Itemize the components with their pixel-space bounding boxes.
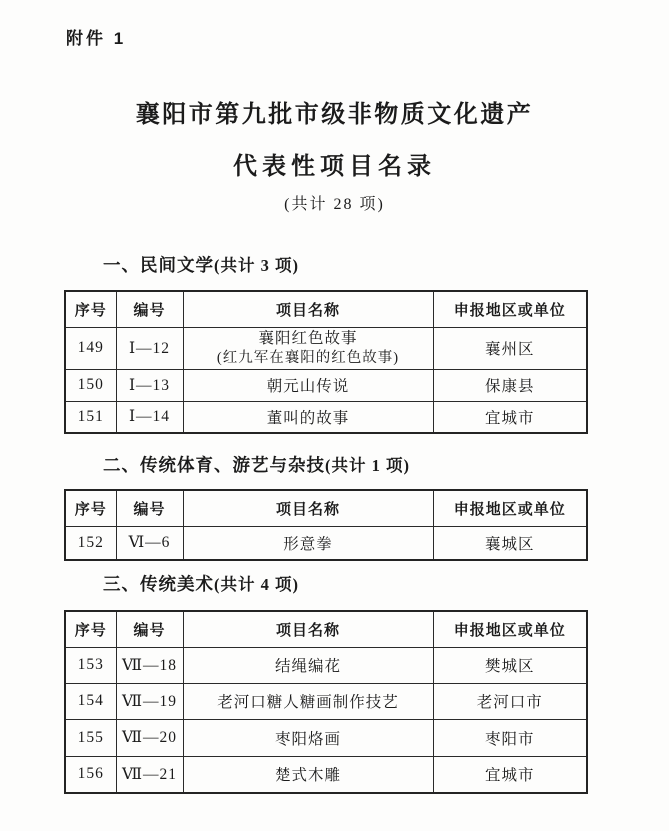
section-1-count: (共计 3 项)	[214, 256, 299, 275]
cell-name: 老河口糖人糖画制作技艺	[183, 683, 433, 719]
cell-unit: 枣阳市	[433, 719, 587, 756]
table-row: 152 Ⅵ—6 形意拳 襄城区	[65, 526, 587, 560]
section-1-title: 一、民间文学	[103, 255, 214, 275]
cell-seq: 154	[65, 683, 116, 719]
cell-seq: 150	[65, 369, 116, 401]
col-header-code: 编号	[116, 490, 183, 526]
cell-code: Ⅶ—21	[116, 756, 183, 793]
section-2-heading: 二、传统体育、游艺与杂技(共计 1 项)	[103, 452, 410, 477]
cell-name: 襄阳红色故事 (红九军在襄阳的红色故事)	[183, 327, 433, 369]
cell-code: Ⅰ—14	[116, 401, 183, 433]
table-traditional-sports: 序号 编号 项目名称 申报地区或单位 152 Ⅵ—6 形意拳 襄城区	[64, 489, 588, 561]
table-row: 153 Ⅶ—18 结绳编花 樊城区	[65, 647, 587, 683]
col-header-unit: 申报地区或单位	[433, 611, 587, 647]
table-folk-literature: 序号 编号 项目名称 申报地区或单位 149 Ⅰ—12 襄阳红色故事 (红九军在…	[64, 290, 588, 434]
doc-subtitle: (共计 28 项)	[0, 191, 669, 214]
project-name-subtitle: (红九军在襄阳的红色故事)	[186, 349, 431, 367]
col-header-seq: 序号	[65, 490, 116, 526]
cell-name: 楚式木雕	[183, 756, 433, 793]
col-header-seq: 序号	[65, 291, 116, 327]
cell-unit: 襄州区	[433, 327, 587, 369]
table-row: 156 Ⅶ—21 楚式木雕 宜城市	[65, 756, 587, 793]
cell-name: 形意拳	[183, 526, 433, 560]
col-header-unit: 申报地区或单位	[433, 490, 587, 526]
cell-seq: 152	[65, 526, 116, 560]
cell-code: Ⅰ—13	[116, 369, 183, 401]
cell-code: Ⅰ—12	[116, 327, 183, 369]
cell-seq: 149	[65, 327, 116, 369]
cell-unit: 保康县	[433, 369, 587, 401]
cell-unit: 老河口市	[433, 683, 587, 719]
cell-seq: 155	[65, 719, 116, 756]
section-3-count: (共计 4 项)	[214, 575, 299, 594]
cell-unit: 宜城市	[433, 756, 587, 793]
project-name: 襄阳红色故事	[186, 329, 431, 348]
cell-unit: 襄城区	[433, 526, 587, 560]
table-row: 151 Ⅰ—14 董叫的故事 宜城市	[65, 401, 587, 433]
doc-title-line2: 代表性项目名录	[0, 146, 669, 181]
cell-code: Ⅵ—6	[116, 526, 183, 560]
table-row: 150 Ⅰ—13 朝元山传说 保康县	[65, 369, 587, 401]
cell-code: Ⅶ—18	[116, 647, 183, 683]
cell-name: 朝元山传说	[183, 369, 433, 401]
section-3-heading: 三、传统美术(共计 4 项)	[103, 571, 299, 596]
cell-unit: 宜城市	[433, 401, 587, 433]
col-header-seq: 序号	[65, 611, 116, 647]
cell-code: Ⅶ—20	[116, 719, 183, 756]
cell-seq: 153	[65, 647, 116, 683]
col-header-code: 编号	[116, 611, 183, 647]
section-2-count: (共计 1 项)	[325, 456, 410, 475]
attachment-label: 附件 1	[66, 24, 126, 49]
table-header-row: 序号 编号 项目名称 申报地区或单位	[65, 490, 587, 526]
cell-name: 董叫的故事	[183, 401, 433, 433]
section-3-title: 三、传统美术	[103, 574, 214, 594]
section-2-title: 二、传统体育、游艺与杂技	[103, 455, 325, 475]
table-row: 154 Ⅶ—19 老河口糖人糖画制作技艺 老河口市	[65, 683, 587, 719]
cell-seq: 156	[65, 756, 116, 793]
cell-name: 结绳编花	[183, 647, 433, 683]
cell-seq: 151	[65, 401, 116, 433]
table-header-row: 序号 编号 项目名称 申报地区或单位	[65, 611, 587, 647]
col-header-name: 项目名称	[183, 490, 433, 526]
col-header-name: 项目名称	[183, 291, 433, 327]
col-header-code: 编号	[116, 291, 183, 327]
cell-name: 枣阳烙画	[183, 719, 433, 756]
cell-unit: 樊城区	[433, 647, 587, 683]
table-row: 149 Ⅰ—12 襄阳红色故事 (红九军在襄阳的红色故事) 襄州区	[65, 327, 587, 369]
col-header-name: 项目名称	[183, 611, 433, 647]
col-header-unit: 申报地区或单位	[433, 291, 587, 327]
table-traditional-arts: 序号 编号 项目名称 申报地区或单位 153 Ⅶ—18 结绳编花 樊城区 154…	[64, 610, 588, 794]
document-page: 附件 1 襄阳市第九批市级非物质文化遗产 代表性项目名录 (共计 28 项) 一…	[0, 0, 669, 831]
doc-title-line1: 襄阳市第九批市级非物质文化遗产	[0, 94, 669, 129]
section-1-heading: 一、民间文学(共计 3 项)	[103, 252, 299, 277]
cell-code: Ⅶ—19	[116, 683, 183, 719]
table-row: 155 Ⅶ—20 枣阳烙画 枣阳市	[65, 719, 587, 756]
table-header-row: 序号 编号 项目名称 申报地区或单位	[65, 291, 587, 327]
